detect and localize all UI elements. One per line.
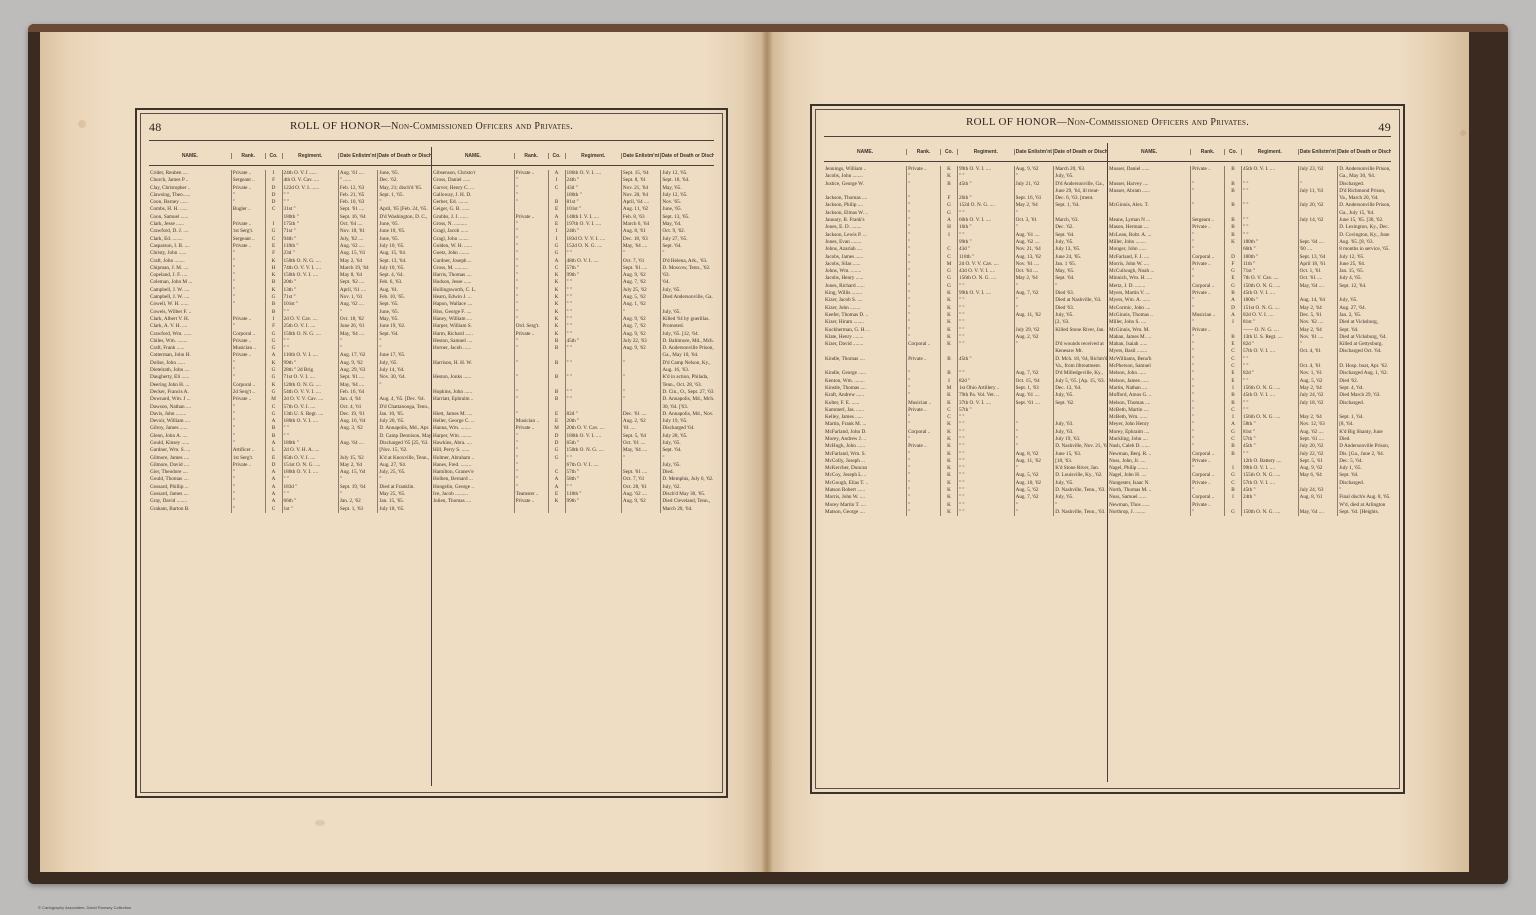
cell-rank: " (231, 192, 265, 199)
cell-rank: " (906, 210, 940, 217)
cell-name: McCoy, Joseph L. .. (824, 472, 906, 479)
cell-name: Nuss, John, Jr. .... (1108, 458, 1190, 465)
cell-death-discharge: D. Baltimore, Md., Mch. (660, 338, 714, 345)
cell-enlistment: Aug. 17, '62 (338, 352, 377, 359)
cell-name: Graham, Barton B. (149, 506, 231, 513)
table-row: Gossard, Phillip ..."A183d "Sept. 19, '6… (149, 484, 431, 491)
cell-enlistment: " (1014, 509, 1054, 516)
cell-rank: " (906, 502, 940, 509)
cell-rank (906, 348, 940, 355)
cell-company: B (548, 360, 565, 367)
cell-rank: Bugler .. (231, 206, 265, 213)
cell-name: Dietelrath, John .... (149, 367, 231, 374)
cell-death-discharge: July 1, '65. (1337, 465, 1391, 472)
cell-death-discharge: D'd Chattanooga, Tenn., (377, 404, 431, 411)
cell-regiment: 16th " (957, 224, 1014, 231)
cell-death-discharge (1337, 290, 1391, 297)
cell-enlistment: May, '64 .... (621, 447, 660, 454)
table-row: Jackson, Lewis P. ..."I" "Aug. '61 ....S… (824, 232, 1107, 239)
table-row: Ga., July 15, '64. (1108, 210, 1391, 217)
cell-regiment: " " (565, 345, 621, 352)
cell-name: Mofford, Amos G. .. (1108, 392, 1190, 399)
table-row: Clark, Jesse ......Private ..I175th "Oct… (149, 221, 431, 228)
cell-death-discharge: Sept. '64. (1053, 275, 1107, 282)
cell-name: Martin, Frank M. ... (824, 421, 906, 428)
cell-death-discharge: '64. (660, 279, 714, 286)
cell-enlistment: Aug. '61 .... (1014, 392, 1054, 399)
cell-name: McBeth, Wm. ...... (1108, 414, 1190, 421)
cell-name: Hungelin, George .. (432, 484, 514, 491)
cell-rank: " (906, 436, 940, 443)
cell-enlistment: July 20, '62 (1298, 202, 1338, 209)
cell-death-discharge: July 10, '65. (377, 243, 431, 250)
cell-regiment: 57th O. V. I. .... (1241, 348, 1298, 355)
cell-regiment: 2d O. V. H. A. .... (282, 447, 338, 454)
cell-rank: " (514, 258, 548, 265)
table-row: Jones, E. D. ........"H16th ""Dec. '62. (824, 224, 1107, 231)
cell-regiment: 45th O. V. I. .... (1241, 392, 1298, 399)
cell-company: K (940, 502, 957, 509)
cell-regiment: 99th " (282, 360, 338, 367)
cell-name (824, 363, 906, 370)
cell-rank: " (906, 312, 940, 319)
cell-name: Jones, Evan ........ (824, 239, 906, 246)
col-header-rank: Rank. (906, 149, 940, 155)
cell-name: Newman, Thos ...... (1108, 502, 1190, 509)
cell-death-discharge: Final disch'e Aug. 8, '65. (1337, 494, 1391, 501)
cell-regiment: 81st " (1241, 429, 1298, 436)
table-row: Chiles, Wm. ........Private ..G" """ (149, 338, 431, 345)
cell-company: E (265, 455, 282, 462)
cell-enlistment: Dec. 19, '61 (338, 411, 377, 418)
cell-enlistment: July 24, '63 (1298, 487, 1338, 494)
cell-enlistment (338, 433, 377, 440)
cell-enlistment: Aug. 9, '62 (1014, 166, 1054, 173)
cell-enlistment: Nov. 21, '64 (621, 185, 660, 192)
cell-name: Kuckherman, G. H. .. (824, 327, 906, 334)
cell-death-discharge: Ga., May 30, '64. (1337, 173, 1391, 180)
cell-rank: " (514, 455, 548, 462)
cell-rank: " (514, 221, 548, 228)
cell-rank: Private .. (514, 425, 548, 432)
cell-enlistment (621, 382, 660, 389)
cell-company: A (548, 170, 565, 177)
table-row: Jacobs, Silas ......"M2d O. V. V. Cav. .… (824, 261, 1107, 268)
cell-regiment (957, 188, 1014, 195)
cell-company: K (940, 334, 957, 341)
cell-regiment: 155th O. N. G. .... (1241, 472, 1298, 479)
cell-company: K (265, 258, 282, 265)
table-row: Gardner, Joseph ..."A48th O. V. I. ....O… (432, 258, 714, 265)
cell-rank: " (1190, 509, 1224, 516)
cell-regiment: 71st O. V. I. .... (282, 374, 338, 381)
cell-death-discharge: D'd Richmond Prison, (1337, 188, 1391, 195)
cell-enlistment: " (1014, 173, 1054, 180)
cell-rank: " (514, 440, 548, 447)
cell-death-discharge: July, '65. (1053, 173, 1107, 180)
cell-rank (514, 206, 548, 213)
cell-rank: " (1190, 341, 1224, 348)
cell-name: Mahan, Isaiah ...... (1108, 341, 1190, 348)
cell-company: C (1224, 363, 1241, 370)
cell-name: Minnich, Wm. H. .... (1108, 275, 1190, 282)
table-row: Gilroy, James ......"B" "Aug. 3, '62D. A… (149, 425, 431, 432)
cell-regiment: 24th " (565, 228, 621, 235)
cell-rank (514, 367, 548, 374)
cell-enlistment: Aug. 14, '64 (1298, 297, 1338, 304)
roll-table: NAME. Rank. Co. Regiment. Date Enlistm'n… (824, 143, 1391, 782)
table-row: Justice, George W."B45th "July 21, '62D'… (824, 181, 1107, 188)
table-row: Gilmore, David ....Private ..D151st O. N… (149, 462, 431, 469)
cell-regiment: 118th " (957, 254, 1014, 261)
cell-regiment: " " (957, 465, 1014, 472)
cell-name: Kindle, Thomas .... (824, 356, 906, 363)
table-row: Musser, Daniel ......Private ..B45th O. … (1108, 166, 1391, 173)
cell-rank: " (514, 287, 548, 294)
cell-death-discharge: Sept. 12, '64. (1337, 283, 1391, 290)
left-page-table-frame: 48 ROLL OF HONOR—Non-Commissioned Office… (135, 108, 728, 798)
cell-rank: " (1190, 436, 1224, 443)
table-row: Kenesaw Mt. (824, 348, 1107, 355)
cell-regiment: " " (565, 455, 621, 462)
cell-enlistment: Nov. '61 .... (1014, 261, 1054, 268)
cell-name: Hawkins, Abra. .... (432, 440, 514, 447)
cell-name (432, 382, 514, 389)
cell-death-discharge: D. Nashville, Nov. 21, '63. (1053, 443, 1107, 450)
cell-name: Kizer, Hiram ........ (824, 319, 906, 326)
table-row: Galloway, J. H. D."180th "Nov. 20, '64Ju… (432, 192, 714, 199)
cell-enlistment (1014, 188, 1054, 195)
cell-company: K (548, 301, 565, 308)
cell-name: McFarland, F. J. .... (1108, 254, 1190, 261)
cell-regiment: 110th O. V. I. .... (282, 352, 338, 359)
cell-name: Jacobs, Silas ...... (824, 261, 906, 268)
table-row: Morris, John W. ....Private ..F11th "Apr… (1108, 261, 1391, 268)
cell-name: Hanes, Fred. ........ (432, 462, 514, 469)
cell-rank: " (1190, 392, 1224, 399)
cell-regiment: 156th O. N. G. .... (1241, 414, 1298, 421)
cell-name: Gross, N. .......... (432, 221, 514, 228)
cell-name: Hanna, Wm. ........ (432, 425, 514, 432)
cell-regiment: 99th " (565, 272, 621, 279)
cell-enlistment: July 24, '62 (1298, 392, 1338, 399)
cell-death-discharge: Sept. 18, '64. (660, 177, 714, 184)
cell-rank: " (1190, 181, 1224, 188)
cell-death-discharge: D'd Milledgeville, Ky., (1053, 370, 1107, 377)
table-row: Hungelin, George .."A" "Oct. 28, '61July… (432, 484, 714, 491)
cell-name (432, 404, 514, 411)
cell-company: M (548, 425, 565, 432)
cell-death-discharge: July, '63. (1053, 429, 1107, 436)
cell-enlistment: Aug. 7, '62 (621, 323, 660, 330)
cell-enlistment: July 18, '62 (1298, 400, 1338, 407)
cell-company (1224, 327, 1241, 334)
cell-rank: " (1190, 487, 1224, 494)
cell-enlistment: " (1014, 224, 1054, 231)
table-row: Nagel, John H. ....Corporal ..G155th O. … (1108, 472, 1391, 479)
cell-company: G (265, 374, 282, 381)
table-row: Gragl, John ........"I183d O. V. V. I. .… (432, 236, 714, 243)
right-page-table-frame: ROLL OF HONOR—Non-Commissioned Officers … (810, 104, 1405, 794)
cell-enlistment: " (1014, 443, 1054, 450)
cell-regiment: 65th O. V. I. .... (282, 455, 338, 462)
cell-enlistment: Nov. 18, '61 (338, 228, 377, 235)
cell-regiment: " " (282, 476, 338, 483)
cell-rank: " (906, 458, 940, 465)
table-row: Matson Robert ......"K" "Aug. 5, '62D. N… (824, 487, 1107, 494)
cell-rank: " (906, 283, 940, 290)
cell-enlistment: Aug. '62 .... (338, 301, 377, 308)
cell-company (1224, 195, 1241, 202)
cell-rank: " (1190, 297, 1224, 304)
cell-company: B (1224, 232, 1241, 239)
table-row: Gray, David ........"A66th "Jan. 2, '62J… (149, 498, 431, 505)
cell-enlistment: Dec. 5, '61 (1298, 312, 1338, 319)
cell-enlistment: Aug. 9, '62 (338, 360, 377, 367)
table-row: Downard, Wm. J ...Private ..M2d O. V. V.… (149, 396, 431, 403)
cell-company: K (940, 443, 957, 450)
cell-company: G (265, 411, 282, 418)
cell-death-discharge: Discharged '65 [25, '63. (377, 440, 431, 447)
cell-rank: Musician .. (1190, 312, 1224, 319)
cell-regiment: 66th " (282, 498, 338, 505)
cell-death-discharge: July 10, '65. (377, 265, 431, 272)
cell-rank: " (231, 279, 265, 286)
cell-company (548, 382, 565, 389)
cell-company: B (1224, 224, 1241, 231)
cell-name (824, 348, 906, 355)
cell-name: Jackson, Lewis P. ... (824, 232, 906, 239)
cell-regiment: " " (565, 309, 621, 316)
table-row: Newman, Benj. R. ..Corporal ..B" "July 2… (1108, 451, 1391, 458)
cell-company: E (1224, 378, 1241, 385)
table-row: McKercher, Duncan"K" ""K'd Stone River, … (824, 465, 1107, 472)
cell-name: Hiss, George F. .... (432, 309, 514, 316)
cell-name: Hapon, Wallace .... (432, 301, 514, 308)
header-rule (824, 136, 1391, 137)
cell-regiment (1241, 502, 1298, 509)
table-row: McHugh, John ......Private ..K" ""D. Nas… (824, 443, 1107, 450)
table-row: Jacobs, John ........"K" ""July, '65. (824, 173, 1107, 180)
cell-death-discharge (660, 301, 714, 308)
cell-company: E (548, 418, 565, 425)
table-row: Johns, Wm. ........"G43d O. V. V. I. ...… (824, 268, 1107, 275)
cell-regiment: " " (565, 250, 621, 257)
cell-company: K (940, 421, 957, 428)
table-row: McBeth, Martin ...."C" " (1108, 407, 1391, 414)
cell-regiment: —— O. N. G. .... (1241, 327, 1298, 334)
table-row: Devoir, William ...."A180th O. V. I. ...… (149, 418, 431, 425)
cell-regiment: " " (565, 396, 621, 403)
cell-company: C (940, 246, 957, 253)
cell-death-discharge: Aug. 27, '64. (377, 462, 431, 469)
table-row: Dietelrath, John ...."G28th " 2d BrigAug… (149, 367, 431, 374)
cell-enlistment: Feb. 8, '63 (621, 214, 660, 221)
cell-company: D (1224, 254, 1241, 261)
table-row: Melson, Thomas ...."B" "July 18, '62Disc… (1108, 400, 1391, 407)
cell-company: E (548, 206, 565, 213)
cell-death-discharge: D. Annapolis, Md., Apr. (377, 425, 431, 432)
cell-name: Jackson, Philip .... (824, 202, 906, 209)
cell-rank: Private .. (231, 352, 265, 359)
table-row: Melson, James ......"E" "Aug. 5, '62Died… (1108, 378, 1391, 385)
cell-enlistment: " (338, 345, 377, 352)
cell-regiment: 186th O. V. I. .... (565, 170, 621, 177)
cell-rank: " (1190, 414, 1224, 421)
cell-regiment: 99th O. V. I. .... (1241, 465, 1298, 472)
table-row: Mahan, James M. ..."B13th U. S. Regt. ..… (1108, 334, 1391, 341)
cell-enlistment: May 2, '64 (1014, 202, 1054, 209)
cell-rank: " (231, 498, 265, 505)
cell-rank: " (231, 272, 265, 279)
cell-regiment: 101st " (565, 206, 621, 213)
col-header-regiment: Regiment. (957, 149, 1014, 155)
table-row: McGough, Elias T. .."K" "Aug. 10, '62Jul… (824, 480, 1107, 487)
cell-death-discharge: Dis. [Ga., June 2, '64. (1337, 451, 1391, 458)
cell-regiment: 150th O. N. G. .... (282, 258, 338, 265)
table-row: Kuckherman, G. H. .."K" "July 29, '62Kil… (824, 327, 1107, 334)
cell-name: Coon, Samuel ...... (149, 214, 231, 221)
cell-regiment: 186th O. V. I. .... (282, 469, 338, 476)
col-header-death-discharge: Date of Death or Discharge (1053, 149, 1107, 155)
cell-enlistment: Aug. 5, '62 (621, 294, 660, 301)
cell-regiment: 180th O. V. I. .... (565, 433, 621, 440)
cell-rank: " (906, 297, 940, 304)
cell-enlistment (1298, 232, 1338, 239)
cell-death-discharge: Va., from illtreatment. (1053, 363, 1107, 370)
cell-name: Melson, John ...... (1108, 370, 1190, 377)
cell-rank: Private .. (906, 407, 940, 414)
cell-regiment: " " (957, 443, 1014, 450)
cell-rank: " (514, 228, 548, 235)
cell-name (432, 352, 514, 359)
cell-rank: " (231, 484, 265, 491)
col-header-regiment: Regiment. (1241, 149, 1298, 155)
cell-death-discharge: [Nov. 15, '62. (377, 447, 431, 454)
cell-rank: " (906, 480, 940, 487)
cell-death-discharge: D. Andersonville Prison, (660, 345, 714, 352)
cell-company: G (265, 389, 282, 396)
cell-death-discharge (1053, 210, 1107, 217)
cell-name: Heston, Samuel .... (432, 338, 514, 345)
cell-company: G (1224, 509, 1241, 516)
cell-enlistment: Oct. 4, '61 (338, 404, 377, 411)
cell-death-discharge: K'd at Knoxville, Tenn., (377, 455, 431, 462)
cell-regiment: " " (957, 429, 1014, 436)
table-row: Myers, Basil ........"C57th O. V. I. ...… (1108, 348, 1391, 355)
cell-enlistment: " (1014, 502, 1054, 509)
cell-enlistment: " (1014, 341, 1054, 348)
cell-enlistment: May 2, '64 (1298, 305, 1338, 312)
cell-name: Crawford, D. J. .... (149, 228, 231, 235)
cell-company: D (1224, 305, 1241, 312)
table-row: Graham, Barton B."C1st "Sept. 1, '63July… (149, 506, 431, 513)
cell-company: D (265, 192, 282, 199)
cell-name: Johns, Azariah .... (824, 246, 906, 253)
cell-rank: " (231, 367, 265, 374)
cell-death-discharge: Died. (660, 469, 714, 476)
cell-death-discharge: July, '65. (660, 309, 714, 316)
cell-company: K (940, 173, 957, 180)
table-row: McGinnis, Thomas ..Musician ..A82d O. V.… (1108, 312, 1391, 319)
cell-company: G (265, 338, 282, 345)
cell-company: C (1224, 436, 1241, 443)
cell-enlistment: April 18, '61 (1298, 261, 1338, 268)
cell-rank: " (906, 451, 940, 458)
cell-death-discharge: Died at Nashville, '63. (1053, 297, 1107, 304)
cell-death-discharge: June 15, '63. (1053, 451, 1107, 458)
cell-company: E (1224, 370, 1241, 377)
cell-enlistment: Oct. 15, '64 (1014, 378, 1054, 385)
cell-regiment: " " (957, 232, 1014, 239)
roll-table: NAME. Rank. Co. Regiment. Date Enlistm'n… (149, 147, 714, 786)
cell-regiment: 118th " (565, 491, 621, 498)
cell-company: C (265, 506, 282, 513)
cell-rank: Private .. (1190, 166, 1224, 173)
cell-death-discharge: July, '65. (1337, 297, 1391, 304)
cell-rank: Corporal .. (906, 429, 940, 436)
cell-enlistment: Nov. 1, '61 (338, 294, 377, 301)
cell-enlistment: Oct. 28, '61 (621, 484, 660, 491)
cell-company: K (940, 305, 957, 312)
cell-rank: " (906, 494, 940, 501)
cell-regiment: 45th " (1241, 443, 1298, 450)
cell-regiment: 150th O. V. I. .... (282, 272, 338, 279)
cell-company: I (1224, 494, 1241, 501)
cell-death-discharge: March 20, '64. (660, 506, 714, 513)
cell-name: Cotterman, John H. (149, 352, 231, 359)
cell-regiment: 57th " (1241, 436, 1298, 443)
cell-company: B (265, 279, 282, 286)
cell-company: K (940, 465, 957, 472)
cell-name: Downard, Wm. J ... (149, 396, 231, 403)
cell-regiment: " " (957, 421, 1014, 428)
cell-enlistment: Oct. '61 .... (1298, 275, 1338, 282)
table-row: Nuss, John, Jr. ....Private ..12th O. Ba… (1108, 458, 1391, 465)
cell-name: Church, James P .. (149, 177, 231, 184)
cell-company: B (940, 356, 957, 363)
cell-company: I (548, 236, 565, 243)
table-row: Ga., May 10, '64. (432, 352, 714, 359)
table-row: Campbell, J. W. ...."G71st "Nov. 1, '61F… (149, 294, 431, 301)
cell-name: Horner, Jacob ...... (432, 345, 514, 352)
cell-regiment (565, 404, 621, 411)
table-row: June 29, '64, ill treat- (824, 188, 1107, 195)
cell-death-discharge: D. Memphis, July 6, '62. (660, 476, 714, 483)
cell-enlistment: " (621, 250, 660, 257)
table-row: Clawsing, Theo......"D" "Feb. 21, '65Sep… (149, 192, 431, 199)
table-row: Nuss, Samuel ......Corporal ..I24th "Aug… (1108, 494, 1391, 501)
cell-company: A (265, 418, 282, 425)
cell-name: Campbell, J. W. .... (149, 287, 231, 294)
cell-rank: " (1190, 385, 1224, 392)
table-row: Gilmore, James ....1st Serg't.E65th O. V… (149, 455, 431, 462)
cell-death-discharge: D. Cin., O., Sept. 27, '63. (660, 389, 714, 396)
cell-company: K (940, 392, 957, 399)
table-header: NAME. Rank. Co. Regiment. Date Enlistm'n… (432, 147, 714, 166)
cell-enlistment: Sept. '62 .... (338, 279, 377, 286)
cell-company: I (1224, 319, 1241, 326)
cell-enlistment: May 2, '64 (338, 462, 377, 469)
cell-name: Gier, Theodore .... (149, 469, 231, 476)
cell-company: I (1224, 465, 1241, 472)
cell-name: Gibsenson, Christo'r (432, 170, 514, 177)
cell-company: B (265, 301, 282, 308)
cell-regiment: 180th " (1241, 254, 1298, 261)
cell-rank: " (1190, 202, 1224, 209)
cell-regiment: " " (565, 287, 621, 294)
cell-regiment: " " (957, 312, 1014, 319)
